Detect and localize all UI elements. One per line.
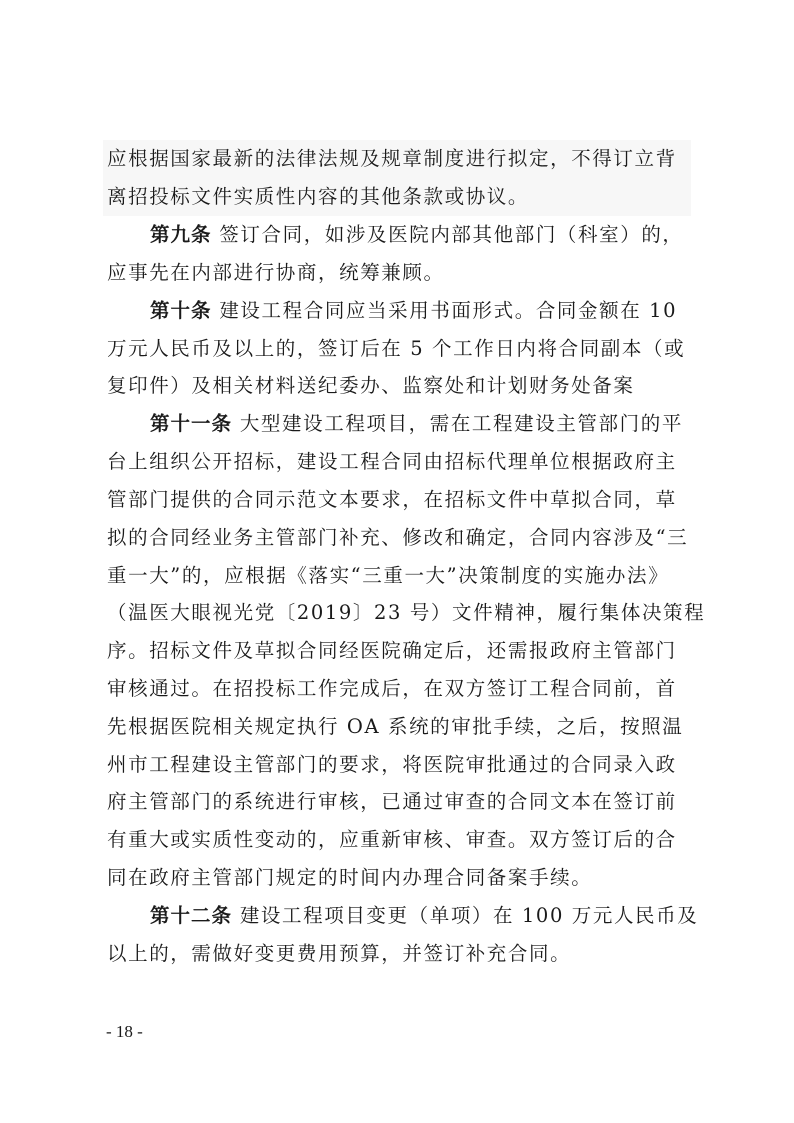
page-number: - 18 -	[106, 1022, 143, 1042]
article-10-first-line: 第十条 建设工程合同应当采用书面形式。合同金额在 10	[150, 298, 677, 324]
paragraph-line: 重一大”的，应根据《落实“三重一大”决策制度的实施办法》	[107, 563, 669, 589]
article-text: 建设工程合同应当采用书面形式。合同金额在 10	[219, 299, 677, 322]
paragraph-line: 离招投标文件实质性内容的其他条款或协议。	[107, 184, 529, 210]
article-text: 建设工程项目变更（单项）在 100 万元人民币及	[240, 904, 699, 927]
article-9-first-line: 第九条 签订合同，如涉及医院内部其他部门（科室）的，	[150, 222, 684, 248]
paragraph-line: 复印件）及相关材料送纪委办、监察处和计划财务处备案	[107, 373, 635, 399]
paragraph-line: （温医大眼视光党〔2019〕23 号）文件精神，履行集体决策程	[107, 600, 705, 626]
paragraph-line: 以上的，需做好变更费用预算，并签订补充合同。	[107, 941, 571, 967]
paragraph-line: 同在政府主管部门规定的时间内办理合同备案手续。	[107, 865, 592, 891]
article-text: 签订合同，如涉及医院内部其他部门（科室）的，	[219, 223, 683, 246]
paragraph-line: 序。招标文件及草拟合同经医院确定后，还需报政府主管部门	[107, 638, 677, 664]
paragraph-line: 管部门提供的合同示范文本要求，在招标文件中草拟合同，草	[107, 487, 677, 513]
paragraph-line: 府主管部门的系统进行审核，已通过审查的合同文本在签订前	[107, 789, 677, 815]
paragraph-line: 先根据医院相关规定执行 OA 系统的审批手续，之后，按照温	[107, 714, 683, 740]
paragraph-line: 州市工程建设主管部门的要求，将医院审批通过的合同录入政	[107, 752, 677, 778]
article-12-first-line: 第十二条 建设工程项目变更（单项）在 100 万元人民币及	[150, 903, 698, 929]
article-heading: 第十二条	[150, 904, 232, 927]
paragraph-line: 应事先在内部进行协商，统筹兼顾。	[107, 260, 445, 286]
article-heading: 第十一条	[150, 412, 232, 435]
article-11-first-line: 第十一条 大型建设工程项目，需在工程建设主管部门的平	[150, 411, 683, 437]
article-text: 大型建设工程项目，需在工程建设主管部门的平	[240, 412, 683, 435]
paragraph-line: 审核通过。在招投标工作完成后，在双方签订工程合同前，首	[107, 676, 677, 702]
paragraph-line: 有重大或实质性变动的，应重新审核、审查。双方签订后的合	[107, 827, 677, 853]
paragraph-line: 万元人民币及以上的，签订后在 5 个工作日内将合同副本（或	[107, 336, 685, 362]
document-page: 应根据国家最新的法律法规及规章制度进行拟定，不得订立背 离招投标文件实质性内容的…	[0, 0, 794, 1123]
article-heading: 第十条	[150, 299, 212, 322]
paragraph-line: 台上组织公开招标，建设工程合同由招标代理单位根据政府主	[107, 449, 677, 475]
paragraph-line: 应根据国家最新的法律法规及规章制度进行拟定，不得订立背	[107, 146, 677, 172]
article-heading: 第九条	[150, 223, 212, 246]
paragraph-line: 拟的合同经业务主管部门补充、修改和确定，合同内容涉及“三	[107, 525, 688, 551]
